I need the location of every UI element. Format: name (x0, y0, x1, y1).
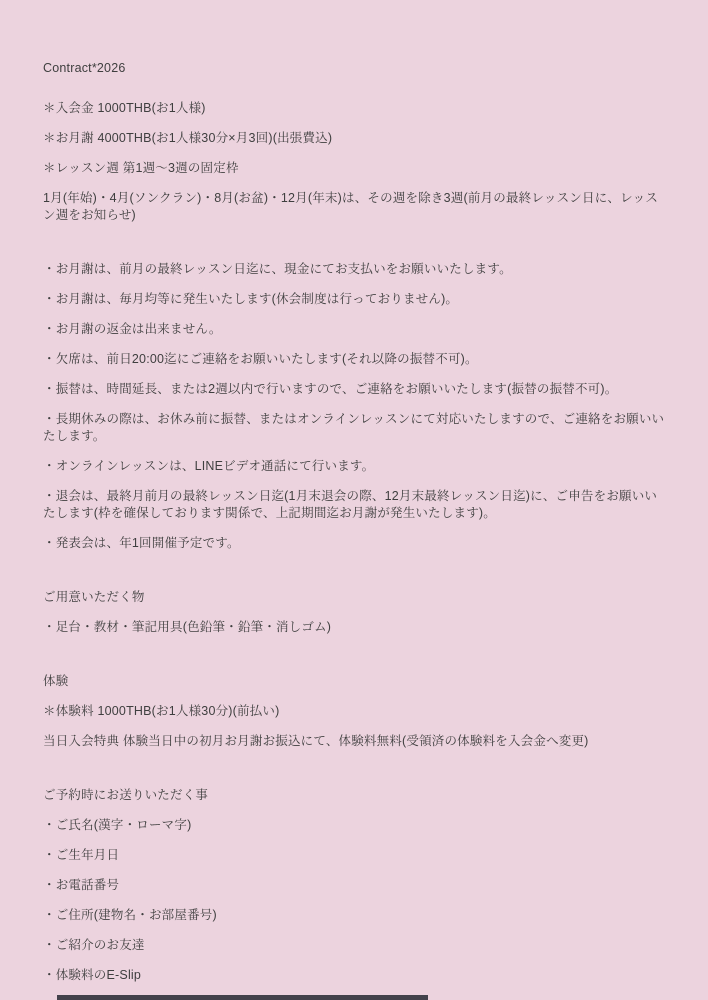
reservation-item-address: ・ご住所(建物名・お部屋番号) (43, 907, 668, 924)
trial-promo-line: 当日入会特典 体験当日中の初月お月謝お振込にて、体験料無料(受領済の体験料を入会… (43, 733, 668, 750)
contract-document: Contract*2026 ＊入会金 1000THB(お1人様) ＊お月謝 40… (43, 60, 668, 997)
trial-fee-line: ＊体験料 1000THB(お1人様30分)(前払い) (43, 703, 668, 720)
rules-section: ・お月謝は、前月の最終レッスン日迄に、現金にてお支払いをお願いいたします。 ・お… (43, 261, 668, 552)
lesson-week-line: ＊レッスン週 第1週〜3週の固定枠 (43, 160, 668, 177)
preparation-heading: ご用意いただく物 (43, 589, 668, 606)
bottom-edge-bar (57, 995, 428, 1000)
reservation-item-birthdate: ・ご生年月日 (43, 847, 668, 864)
pricing-section: ＊入会金 1000THB(お1人様) ＊お月謝 4000THB(お1人様30分×… (43, 100, 668, 224)
rule-item-online-lesson: ・オンラインレッスンは、LINEビデオ通話にて行います。 (43, 458, 668, 475)
trial-section: 体験 ＊体験料 1000THB(お1人様30分)(前払い) 当日入会特典 体験当… (43, 673, 668, 750)
reservation-item-name: ・ご氏名(漢字・ローマ字) (43, 817, 668, 834)
trial-heading: 体験 (43, 673, 668, 690)
monthly-fee-line: ＊お月謝 4000THB(お1人様30分×月3回)(出張費込) (43, 130, 668, 147)
reservation-heading: ご予約時にお送りいただく事 (43, 787, 668, 804)
rule-item-long-holiday: ・長期休みの際は、お休み前に振替、またはオンラインレッスンにて対応いたしますので… (43, 411, 668, 445)
preparation-item: ・足台・教材・筆記用具(色鉛筆・鉛筆・消しゴム) (43, 619, 668, 636)
document-title: Contract*2026 (43, 60, 668, 77)
rule-item-payment: ・お月謝は、前月の最終レッスン日迄に、現金にてお支払いをお願いいたします。 (43, 261, 668, 278)
rule-item-monthly-equal: ・お月謝は、毎月均等に発生いたします(休会制度は行っておりません)。 (43, 291, 668, 308)
holiday-note-line: 1月(年始)・4月(ソンクラン)・8月(お盆)・12月(年末)は、その週を除き3… (43, 190, 668, 224)
admission-fee-line: ＊入会金 1000THB(お1人様) (43, 100, 668, 117)
reservation-item-phone: ・お電話番号 (43, 877, 668, 894)
reservation-item-eslip: ・体験料のE-Slip (43, 967, 668, 984)
reservation-section: ご予約時にお送りいただく事 ・ご氏名(漢字・ローマ字) ・ご生年月日 ・お電話番… (43, 787, 668, 984)
rule-item-absence: ・欠席は、前日20:00迄にご連絡をお願いいたします(それ以降の振替不可)。 (43, 351, 668, 368)
rule-item-withdrawal: ・退会は、最終月前月の最終レッスン日迄(1月末退会の際、12月末最終レッスン日迄… (43, 488, 668, 522)
rule-item-makeup: ・振替は、時間延長、または2週以内で行いますので、ご連絡をお願いいたします(振替… (43, 381, 668, 398)
rule-item-no-refund: ・お月謝の返金は出来ません。 (43, 321, 668, 338)
preparation-section: ご用意いただく物 ・足台・教材・筆記用具(色鉛筆・鉛筆・消しゴム) (43, 589, 668, 636)
rule-item-recital: ・発表会は、年1回開催予定です。 (43, 535, 668, 552)
reservation-item-referral: ・ご紹介のお友達 (43, 937, 668, 954)
